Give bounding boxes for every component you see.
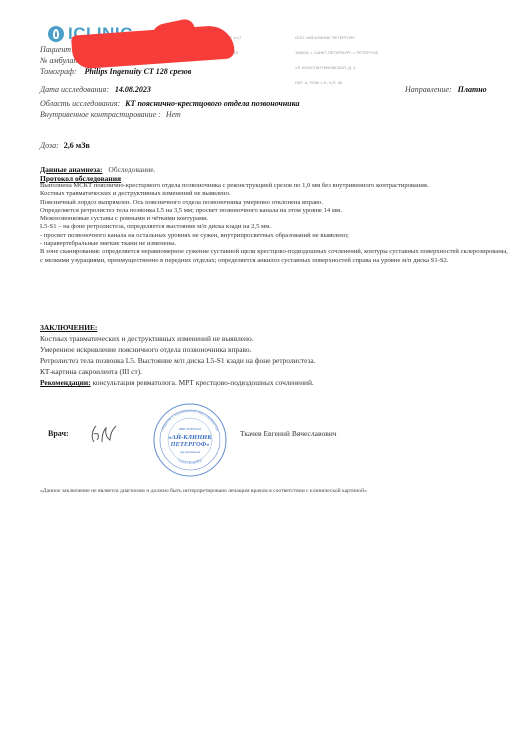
tomograph-row: Томограф: Philips Ingenuity CT 128 срезо… <box>40 67 191 77</box>
protocol-line: L5-S1 – на фоне ретролистеза, определяет… <box>40 223 510 231</box>
protocol-line: - просвет позвоночного канала на остальн… <box>40 232 510 240</box>
referral-label: Направление: <box>405 85 452 94</box>
patient-label: Пациент <box>40 45 71 55</box>
doctor-signature <box>88 422 118 446</box>
date-value: 14.08.2023 <box>115 85 151 94</box>
conclusion-line: Костных травматических и деструктивных и… <box>40 333 510 344</box>
date-row: Дата исследования: 14.08.2023 <box>40 85 151 95</box>
header-org-info: ООО «АЙ-КЛИНИК ПЕТЕРГОФ» 198510, г. САНК… <box>295 25 379 95</box>
conclusion-section: ЗАКЛЮЧЕНИЕ: Костных травматических и дес… <box>40 322 510 388</box>
protocol-line: Костных травматических и деструктивных и… <box>40 190 510 198</box>
header-org-line: ООО «АЙ-КЛИНИК ПЕТЕРГОФ» <box>295 35 379 40</box>
doctor-label: Врач: <box>48 429 69 438</box>
area-label: Область исследования: <box>40 99 120 108</box>
anamnesis-label: Данные анамнеза: <box>40 165 102 174</box>
disclaimer-text: «Данное заключение не является диагнозом… <box>40 487 440 496</box>
doctor-name: Ткачев Евгений Вячеславович <box>240 429 337 438</box>
referral-value: Платно <box>458 85 487 94</box>
clinic-stamp: Общество с ограниченной ответственностью… <box>152 402 228 478</box>
contrast-value: Нет <box>166 110 181 119</box>
conclusion-title: ЗАКЛЮЧЕНИЕ: <box>40 322 510 333</box>
conclusion-line: КТ-картина сакроилеита (III ст). <box>40 366 510 377</box>
svg-text:ИНН 7839033442: ИНН 7839033442 <box>179 427 202 431</box>
tomograph-label: Томограф: <box>40 67 76 76</box>
contrast-row: Внутривенное контрастирование : Нет <box>40 110 181 120</box>
area-value: КТ пояснично-крестцового отдела позвоноч… <box>125 99 299 108</box>
protocol-line: - паравертебральные мягкие ткани не изме… <box>40 240 510 248</box>
protocol-line: Определяется ретролистез тела позвонка L… <box>40 207 510 215</box>
medical-report-page: ICLINIC ЦЕНТР/ЛЮРТ а.17 ИНН 7839033442 О… <box>0 0 527 750</box>
svg-text:для документов: для документов <box>180 450 201 454</box>
conclusion-line: Умеренное искривление поясничного отдела… <box>40 344 510 355</box>
svg-text:ПЕТЕРГОФ»: ПЕТЕРГОФ» <box>169 441 209 448</box>
protocol-line: В зоне сканирования: определяется неравн… <box>40 248 510 265</box>
recommendation-label: Рекомендации: <box>40 378 91 387</box>
dose-label: Доза: <box>40 141 59 150</box>
header-org-line: 198510, г. САНКТ-ПЕТЕРБУРГ, г. ПЕТЕРГОФ, <box>295 50 379 55</box>
referral-row: Направление: Платно <box>405 85 487 95</box>
header-org-line: ЛИТ. А, ПОМ 1-Н, Ч.П. 36 <box>295 80 379 85</box>
recommendation-value: консультация ревматолога. МРТ крестцово-… <box>93 378 314 387</box>
protocol-body: Выполнена МСКТ пояснично-крестцового отд… <box>40 182 510 265</box>
recommendation-row: Рекомендации: консультация ревматолога. … <box>40 377 510 388</box>
date-label: Дата исследования: <box>40 85 109 94</box>
protocol-line: Межпозвонковые суставы с ровными и чётки… <box>40 215 510 223</box>
protocol-line: Выполнена МСКТ пояснично-крестцового отд… <box>40 182 510 190</box>
tomograph-value: Philips Ingenuity CT 128 срезов <box>84 67 191 76</box>
anamnesis-value: Обследование. <box>108 165 155 174</box>
protocol-line: Поясничный лордоз выпрямлен. Ось пояснич… <box>40 199 510 207</box>
svg-text:«АЙ-КЛИНИК: «АЙ-КЛИНИК <box>168 433 212 441</box>
dose-value: 2,6 мЗв <box>64 141 90 150</box>
dose-row: Доза: 2,6 мЗв <box>40 141 90 151</box>
clinic-logo-icon <box>48 26 64 42</box>
area-row: Область исследования: КТ пояснично-крест… <box>40 99 299 109</box>
header-org-line: УЛ. КОНСТАНТИНОВСКАЯ, Д. 1, <box>295 65 379 70</box>
svg-text:Санкт-Петербург: Санкт-Петербург <box>177 458 204 465</box>
conclusion-line: Ретролистез тела позвонка L5. Выстояние … <box>40 355 510 366</box>
contrast-label: Внутривенное контрастирование : <box>40 110 161 119</box>
